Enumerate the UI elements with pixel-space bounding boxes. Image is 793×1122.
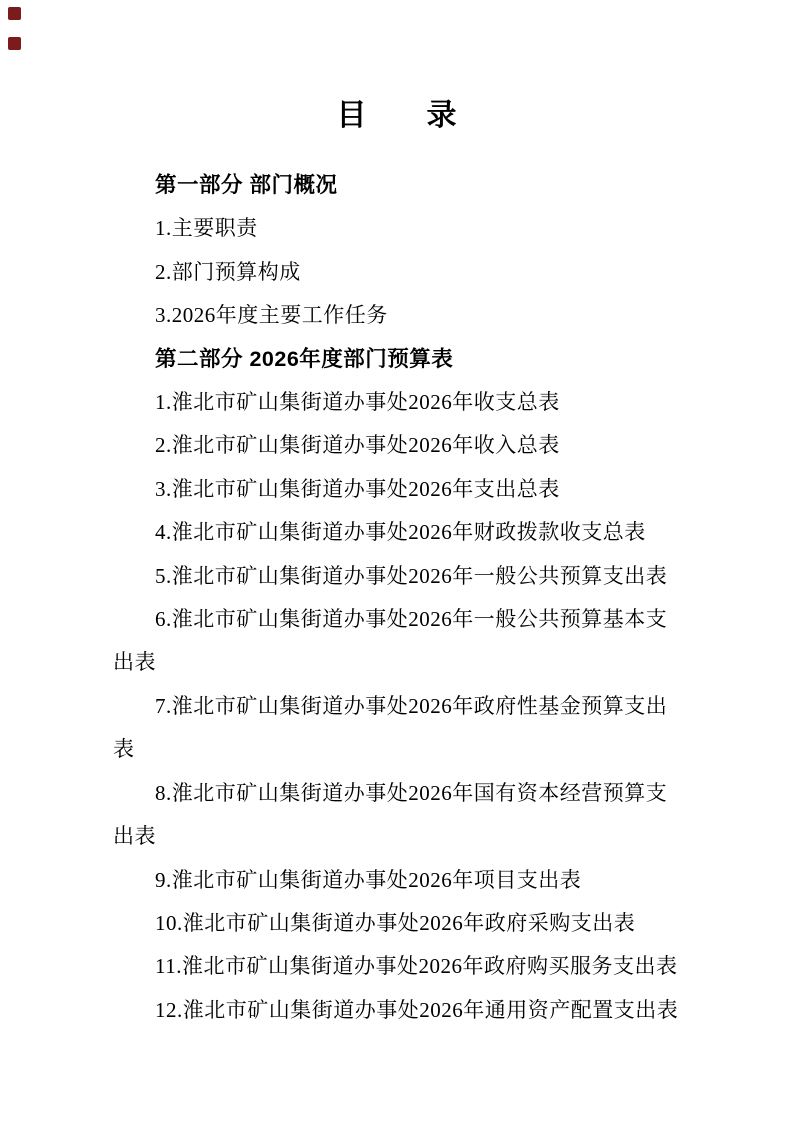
toc-item: 3.2026年度主要工作任务 [113, 294, 688, 337]
toc-item: 8.淮北市矿山集街道办事处2026年国有资本经营预算支出表 [113, 772, 688, 859]
toc-item: 1.主要职责 [113, 207, 688, 250]
section-1-heading: 第一部分 部门概况 [113, 164, 688, 207]
section-2-heading: 第二部分 2026年度部门预算表 [113, 338, 688, 381]
document-page: 目 录 第一部分 部门概况1.主要职责2.部门预算构成3.2026年度主要工作任… [0, 0, 793, 1122]
page-title: 目 录 [0, 0, 793, 134]
toc-item: 3.淮北市矿山集街道办事处2026年支出总表 [113, 468, 688, 511]
toc-item: 5.淮北市矿山集街道办事处2026年一般公共预算支出表 [113, 555, 688, 598]
red-mark-top [8, 7, 21, 20]
table-of-contents: 第一部分 部门概况1.主要职责2.部门预算构成3.2026年度主要工作任务第二部… [113, 164, 688, 1032]
red-mark-bottom [8, 37, 21, 50]
toc-item: 1.淮北市矿山集街道办事处2026年收支总表 [113, 381, 688, 424]
toc-item: 11.淮北市矿山集街道办事处2026年政府购买服务支出表 [113, 945, 688, 988]
toc-item: 2.部门预算构成 [113, 251, 688, 294]
toc-item: 7.淮北市矿山集街道办事处2026年政府性基金预算支出表 [113, 685, 688, 772]
toc-item: 6.淮北市矿山集街道办事处2026年一般公共预算基本支出表 [113, 598, 688, 685]
toc-item: 4.淮北市矿山集街道办事处2026年财政拨款收支总表 [113, 511, 688, 554]
toc-item: 10.淮北市矿山集街道办事处2026年政府采购支出表 [113, 902, 688, 945]
toc-item: 12.淮北市矿山集街道办事处2026年通用资产配置支出表 [113, 989, 688, 1032]
toc-item: 9.淮北市矿山集街道办事处2026年项目支出表 [113, 859, 688, 902]
toc-item: 2.淮北市矿山集街道办事处2026年收入总表 [113, 424, 688, 467]
